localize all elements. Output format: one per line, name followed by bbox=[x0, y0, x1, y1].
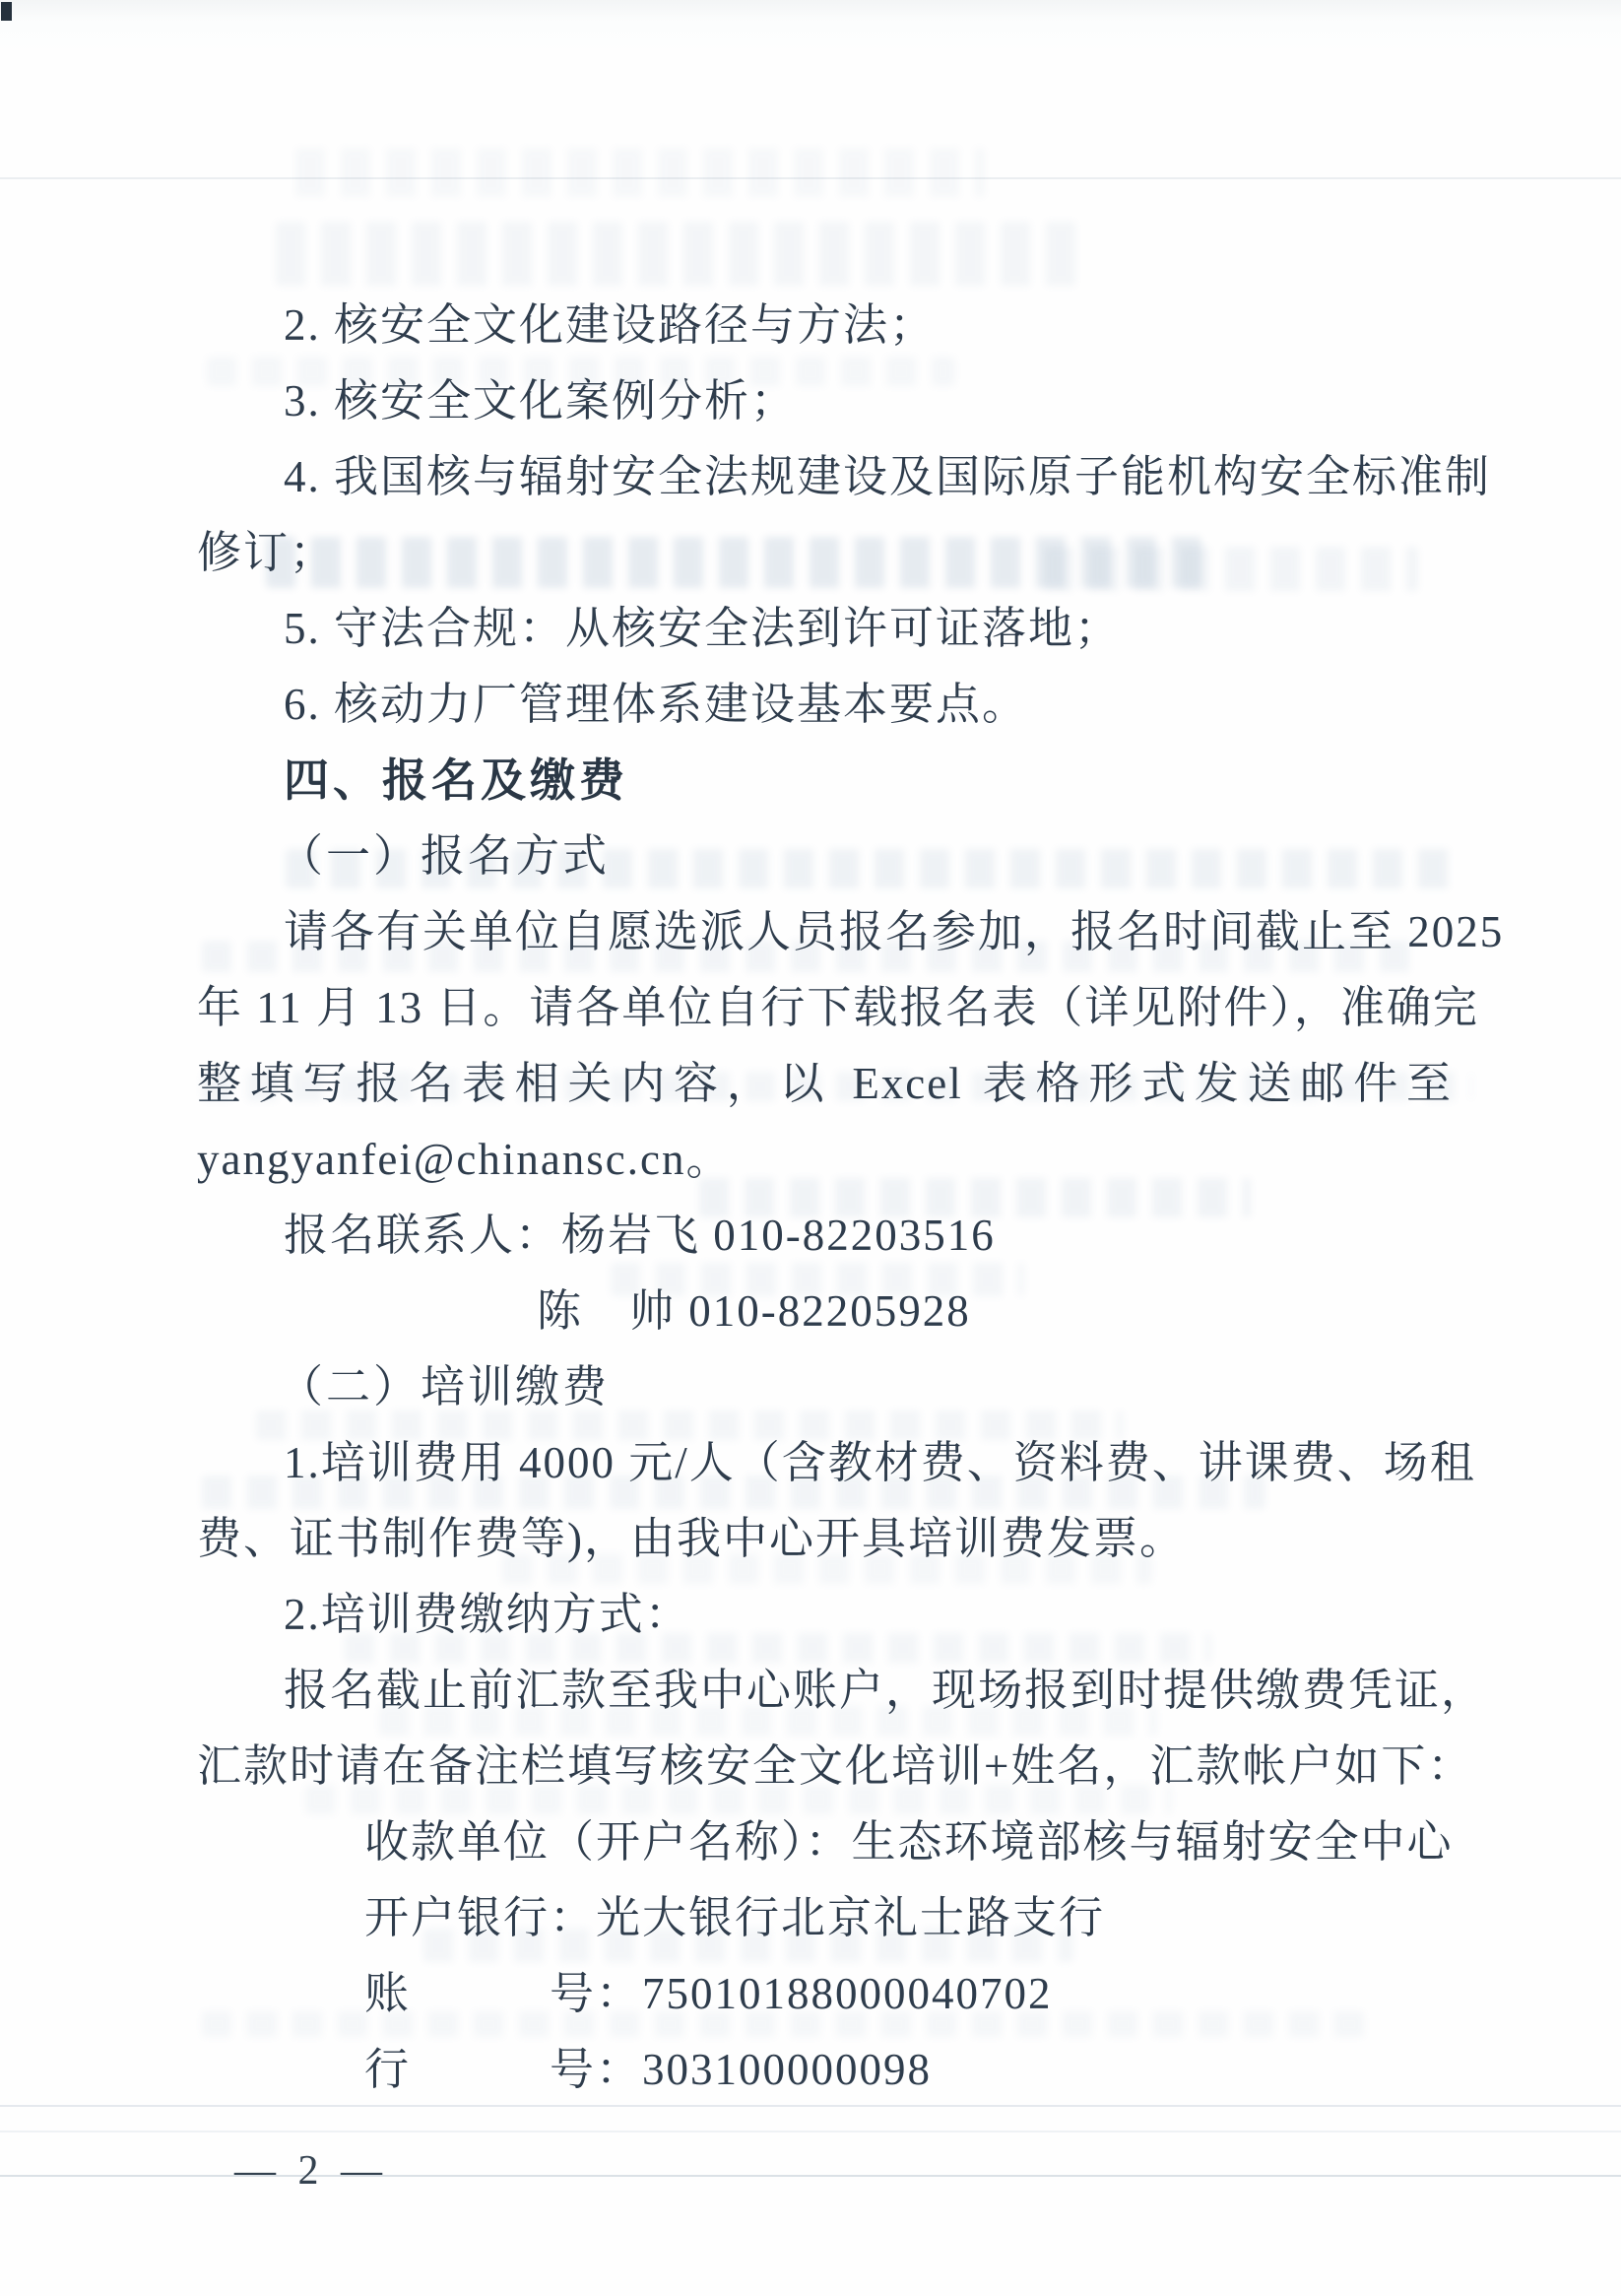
paragraph-line: 汇款时请在备注栏填写核安全文化培训+姓名，汇款帐户如下： bbox=[197, 1729, 1453, 1804]
scan-artifact-mark bbox=[1, 2, 12, 21]
section-heading: 四、报名及缴费 bbox=[197, 743, 1453, 819]
paragraph-line: 请各有关单位自愿选派人员报名参加，报名时间截止至 2025 bbox=[197, 894, 1453, 970]
list-item: 4. 我国核与辐射安全法规建设及国际原子能机构安全标准制 bbox=[197, 439, 1453, 515]
contact-line: 陈 帅 010-82205928 bbox=[197, 1274, 1453, 1349]
document-body: 2. 核安全文化建设路径与方法；3. 核安全文化案例分析；4. 我国核与辐射安全… bbox=[197, 288, 1453, 2108]
paragraph-line: 1.培训费用 4000 元/人（含教材费、资料费、讲课费、场租 bbox=[197, 1425, 1453, 1501]
scan-line-artifact bbox=[0, 177, 1621, 179]
bank-info-line: 账 号：75010188000040702 bbox=[197, 1956, 1453, 2032]
bank-info-line: 行 号：303100000098 bbox=[197, 2032, 1453, 2108]
bleedthrough-smudge bbox=[276, 222, 1083, 286]
bleedthrough-smudge bbox=[295, 148, 985, 197]
bank-info-line: 开户银行：光大银行北京礼士路支行 bbox=[197, 1880, 1453, 1956]
paragraph-line: 年 11 月 13 日。请各单位自行下载报名表（详见附件），准确完 bbox=[197, 970, 1453, 1046]
document-page: 2. 核安全文化建设路径与方法；3. 核安全文化案例分析；4. 我国核与辐射安全… bbox=[0, 0, 1621, 2296]
page-number: — 2 — bbox=[234, 2147, 388, 2195]
bank-info-line: 收款单位（开户名称）：生态环境部核与辐射安全中心 bbox=[197, 1804, 1453, 1880]
paragraph-line: 报名截止前汇款至我中心账户，现场报到时提供缴费凭证， bbox=[197, 1653, 1453, 1729]
subsection-heading: （一）报名方式 bbox=[197, 819, 1453, 894]
paragraph-line: 费、证书制作费等)，由我中心开具培训费发票。 bbox=[197, 1501, 1453, 1577]
paragraph-line: 报名联系人：杨岩飞 010-82203516 bbox=[197, 1198, 1453, 1274]
list-item: 3. 核安全文化案例分析； bbox=[197, 363, 1453, 439]
paragraph-line: 2.培训费缴纳方式： bbox=[197, 1577, 1453, 1653]
paragraph-line: 修订； bbox=[197, 515, 1453, 591]
list-item: 6. 核动力厂管理体系建设基本要点。 bbox=[197, 667, 1453, 743]
list-item: 2. 核安全文化建设路径与方法； bbox=[197, 288, 1453, 363]
paragraph-line: 整填写报名表相关内容，以 Excel 表格形式发送邮件至 bbox=[197, 1046, 1453, 1122]
scan-line-artifact bbox=[0, 2131, 1621, 2132]
subsection-heading: （二）培训缴费 bbox=[197, 1349, 1453, 1425]
list-item: 5. 守法合规：从核安全法到许可证落地； bbox=[197, 591, 1453, 667]
paragraph-line: yangyanfei@chinansc.cn。 bbox=[197, 1122, 1453, 1198]
